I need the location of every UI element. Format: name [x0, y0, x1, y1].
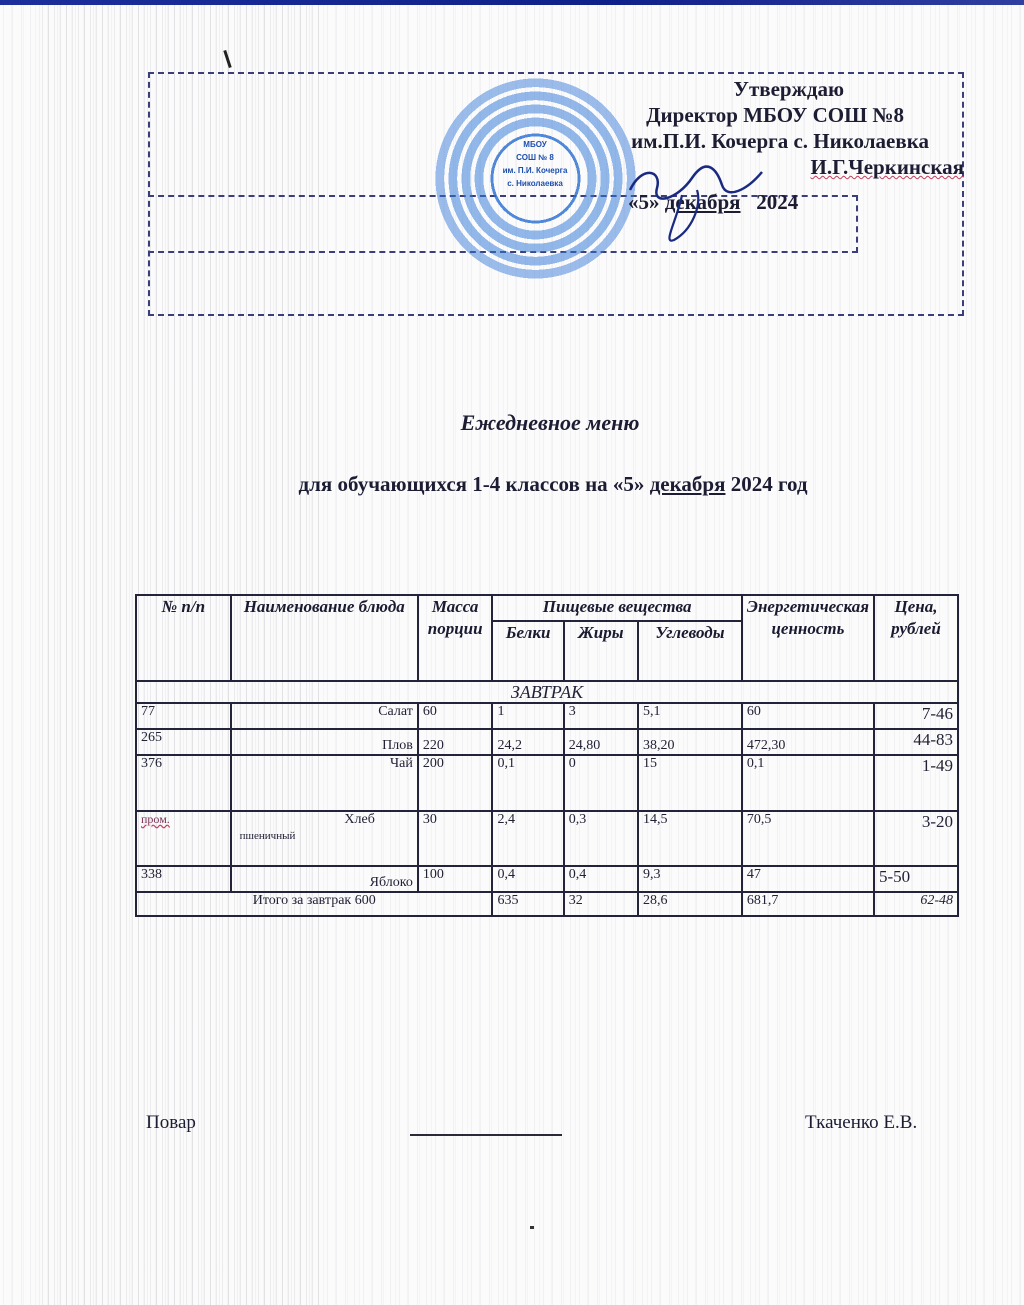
menu-table: № п/п Наименование блюда Масса порции Пи…	[135, 594, 959, 917]
header-carbs: Углеводы	[638, 621, 742, 681]
stamp-center-text: МБОУ СОШ № 8 им. П.И. Кочерга с. Николае…	[500, 138, 570, 228]
table-row: пром. Хлеб пшеничный 30 2,4 0,3 14,5 70,…	[136, 811, 958, 866]
subtitle-suffix: 2024 год	[731, 472, 808, 496]
cell-carbs: 15	[638, 755, 742, 811]
header-proteins: Белки	[492, 621, 563, 681]
cook-name: Ткаченко Е.В.	[805, 1112, 917, 1134]
table-header-row: № п/п Наименование блюда Масса порции Пи…	[136, 595, 958, 621]
cook-signature-line	[410, 1134, 562, 1136]
header-nutrients: Пищевые вещества	[492, 595, 741, 621]
cell-fats: 0,3	[564, 811, 638, 866]
total-proteins: 635	[492, 892, 563, 916]
section-row-breakfast: ЗАВТРАК	[136, 681, 958, 703]
header-fats: Жиры	[564, 621, 638, 681]
cell-dish: Чай	[231, 755, 418, 811]
cell-price: 5-50	[874, 866, 958, 892]
stamp-line: МБОУ	[500, 138, 570, 151]
cell-proteins: 0,4	[492, 866, 563, 892]
cell-carbs: 5,1	[638, 703, 742, 729]
cell-price: 44-83	[874, 729, 958, 755]
cell-mass: 200	[418, 755, 493, 811]
table-row: 338 Яблоко 100 0,4 0,4 9,3 47 5-50	[136, 866, 958, 892]
cell-energy: 47	[742, 866, 874, 892]
cell-code: 338	[136, 866, 231, 892]
header-energy: Энергетическая ценность	[742, 595, 874, 681]
cell-dish: Плов	[231, 729, 418, 755]
cell-fats: 0,4	[564, 866, 638, 892]
dish-name-line1: Хлеб	[240, 812, 413, 828]
cell-carbs: 38,20	[638, 729, 742, 755]
cell-code: пром.	[136, 811, 231, 866]
header-dish: Наименование блюда	[231, 595, 418, 681]
scan-top-edge	[0, 0, 1024, 5]
cell-mass: 60	[418, 703, 493, 729]
signer-name: И.Г.Черкинская	[810, 155, 964, 179]
cell-price: 1-49	[874, 755, 958, 811]
header-price: Цена, рублей	[874, 595, 958, 681]
cook-role-label: Повар	[146, 1112, 196, 1134]
signature-icon	[622, 160, 772, 250]
cell-energy: 60	[742, 703, 874, 729]
dish-name-line2: пшеничный	[240, 830, 296, 842]
cell-proteins: 24,2	[492, 729, 563, 755]
cell-mass: 100	[418, 866, 493, 892]
cell-mass: 30	[418, 811, 493, 866]
cell-carbs: 9,3	[638, 866, 742, 892]
cell-dish: Салат	[231, 703, 418, 729]
subtitle-prefix: для обучающихся 1-4 классов на «5»	[298, 472, 644, 496]
scan-speck	[530, 1226, 534, 1229]
header-mass: Масса порции	[418, 595, 493, 681]
approval-position: Директор МБОУ СОШ №8	[564, 102, 904, 128]
cell-price: 7-46	[874, 703, 958, 729]
cell-code: 265	[136, 729, 231, 755]
table-total-row: Итого за завтрак 600 635 32 28,6 681,7 6…	[136, 892, 958, 916]
section-label: ЗАВТРАК	[136, 681, 958, 703]
total-price: 62-48	[874, 892, 958, 916]
table-row: 77 Салат 60 1 3 5,1 60 7-46	[136, 703, 958, 729]
cell-dish: Яблоко	[231, 866, 418, 892]
cell-code: 77	[136, 703, 231, 729]
header-code: № п/п	[136, 595, 231, 681]
cell-fats: 3	[564, 703, 638, 729]
cell-proteins: 2,4	[492, 811, 563, 866]
stamp-line: СОШ № 8	[500, 151, 570, 164]
cell-energy: 70,5	[742, 811, 874, 866]
subtitle-month: декабря	[650, 472, 726, 496]
table-row: 265 Плов 220 24,2 24,80 38,20 472,30 44-…	[136, 729, 958, 755]
cell-carbs: 14,5	[638, 811, 742, 866]
cell-proteins: 0,1	[492, 755, 563, 811]
cell-dish: Хлеб пшеничный	[231, 811, 418, 866]
total-label: Итого за завтрак 600	[136, 892, 492, 916]
cell-price: 3-20	[874, 811, 958, 866]
cell-energy: 0,1	[742, 755, 874, 811]
stamp-line: с. Николаевка	[500, 177, 570, 190]
document-subtitle: для обучающихся 1-4 классов на «5» декаб…	[0, 472, 1024, 497]
cell-fats: 24,80	[564, 729, 638, 755]
approval-school: им.П.И. Кочерга с. Николаевка	[564, 128, 929, 154]
cell-fats: 0	[564, 755, 638, 811]
document-title: Ежедневное меню	[0, 410, 1024, 436]
total-energy: 681,7	[742, 892, 874, 916]
stray-pen-mark	[223, 50, 231, 68]
stamp-line: им. П.И. Кочерга	[500, 164, 570, 177]
table-row: 376 Чай 200 0,1 0 15 0,1 1-49	[136, 755, 958, 811]
cell-mass: 220	[418, 729, 493, 755]
cell-energy: 472,30	[742, 729, 874, 755]
total-fats: 32	[564, 892, 638, 916]
total-carbs: 28,6	[638, 892, 742, 916]
cell-proteins: 1	[492, 703, 563, 729]
approval-heading: Утверждаю	[564, 76, 844, 102]
cell-code: 376	[136, 755, 231, 811]
